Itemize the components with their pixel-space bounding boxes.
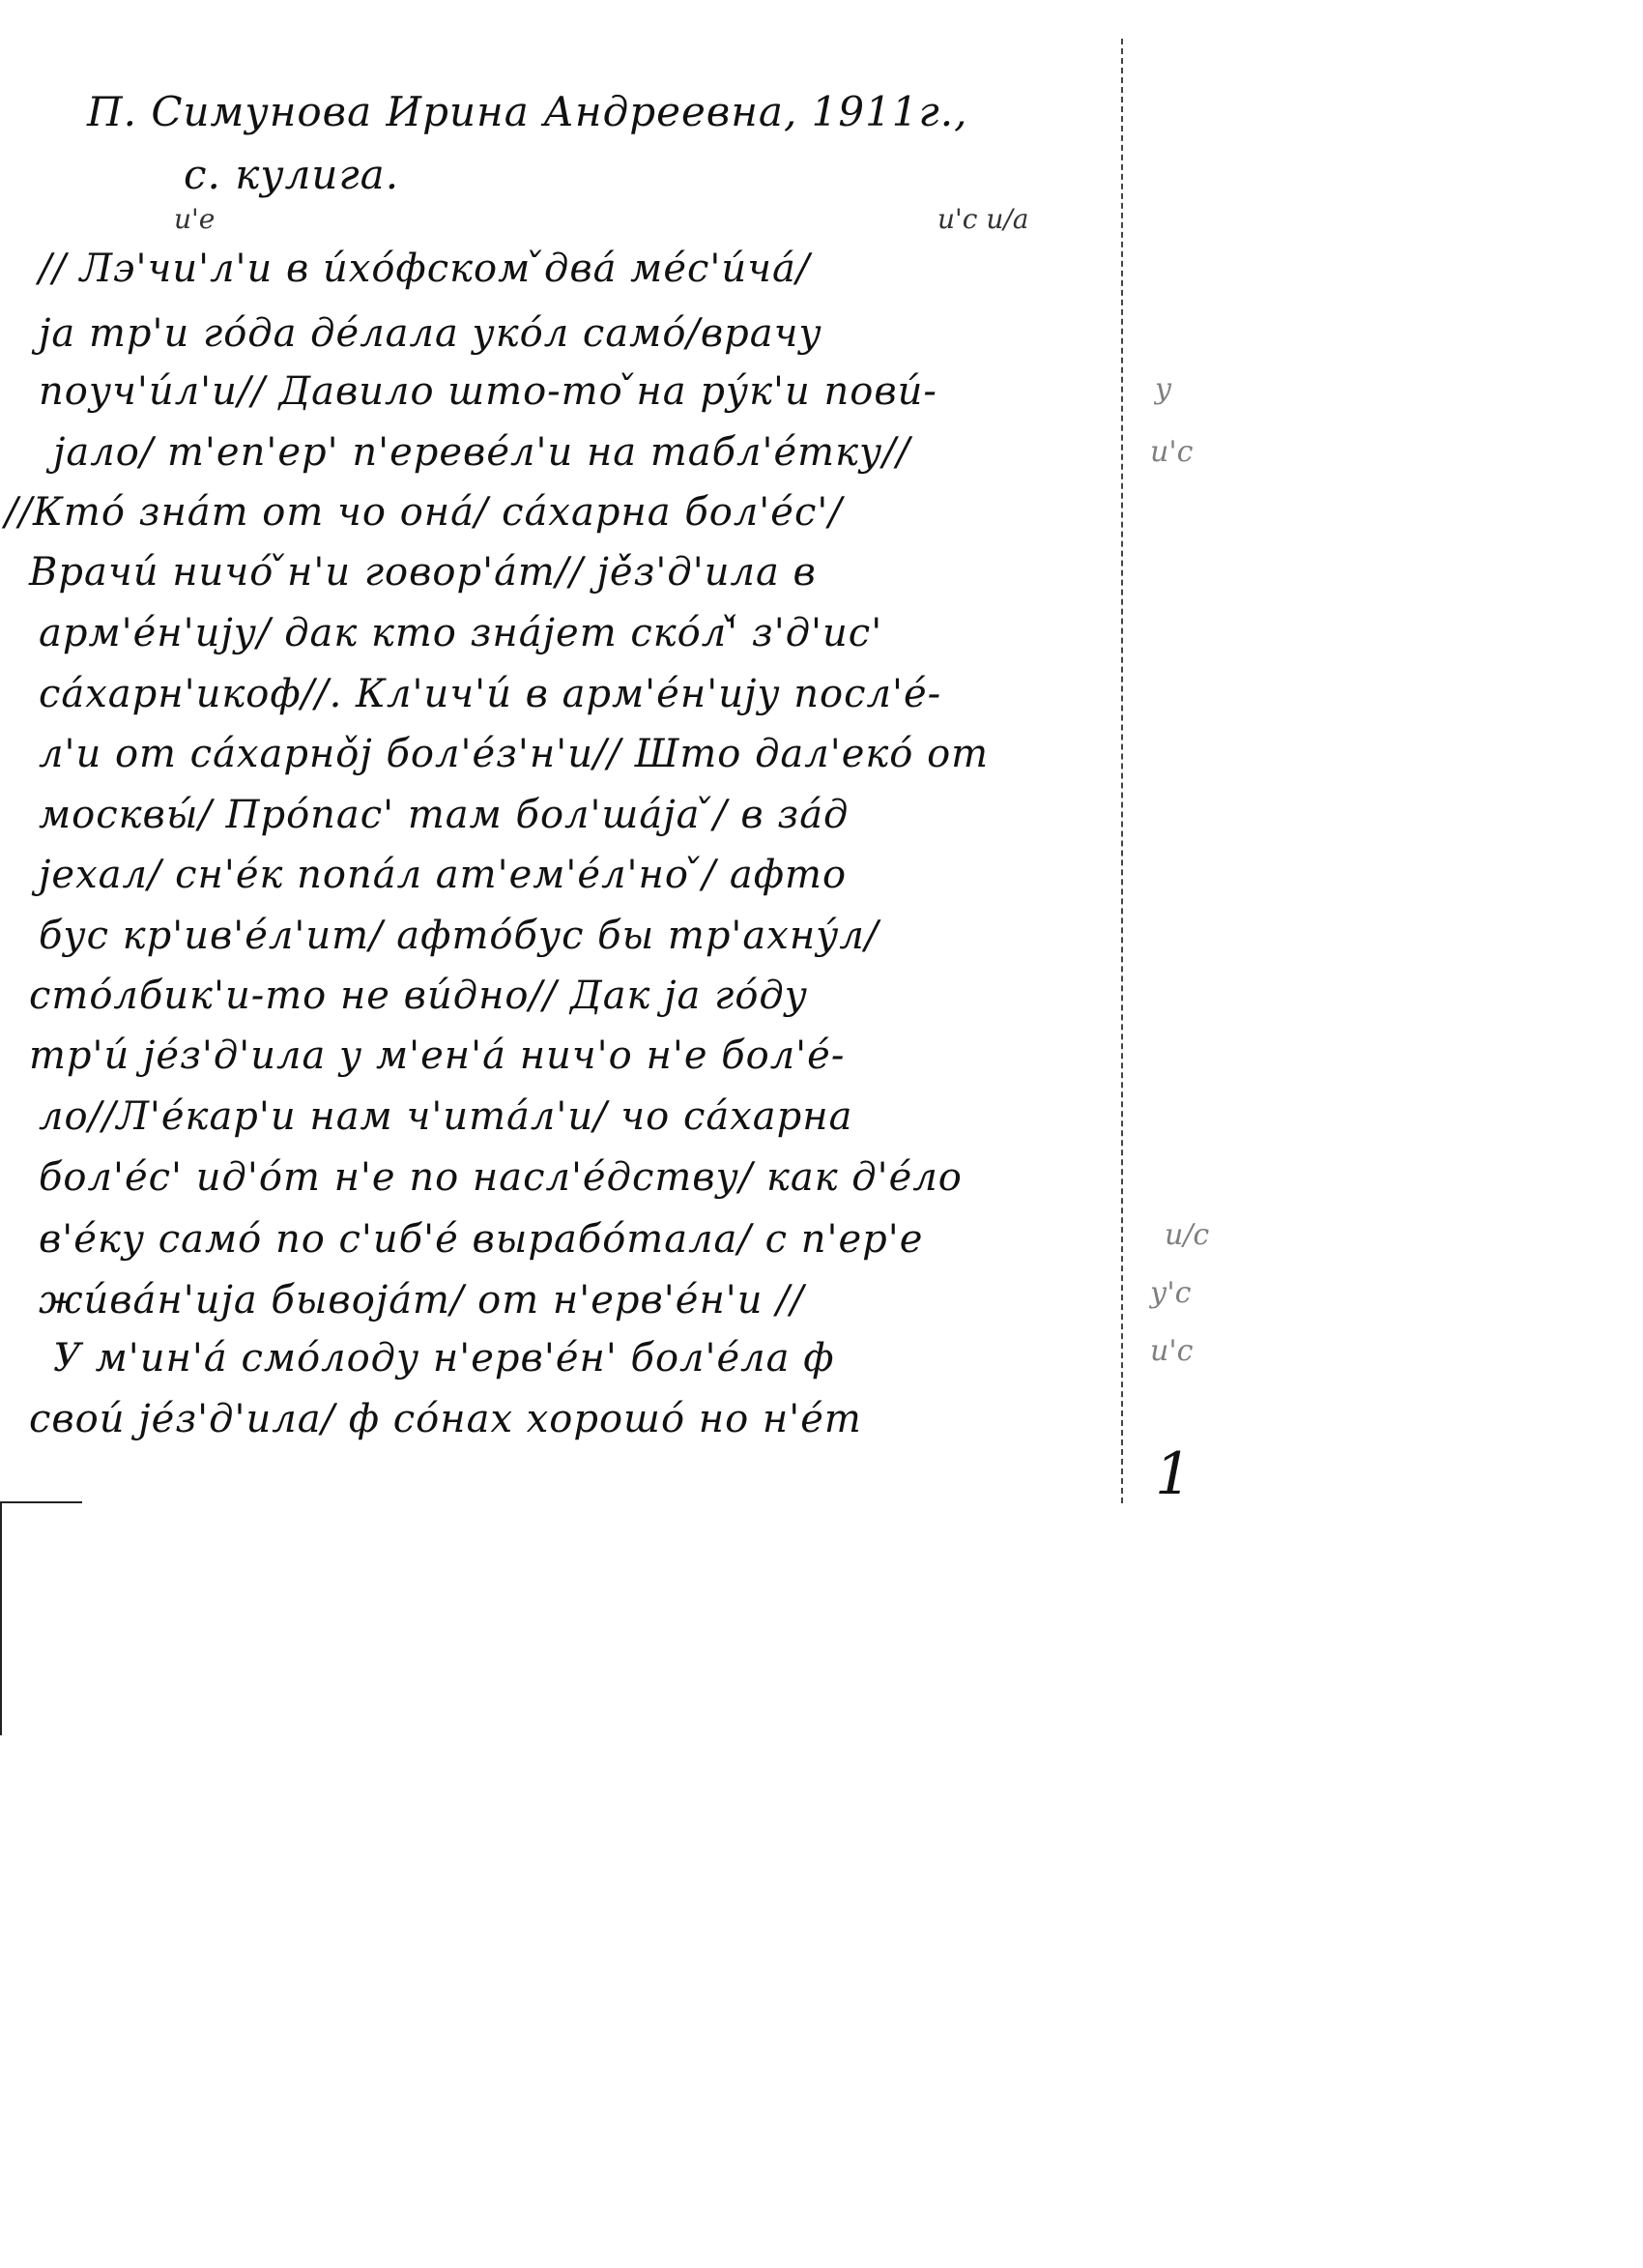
text-line: бус кр'ив'е́л'ит/ афто́бус бы тр'ахну́л/	[39, 916, 879, 955]
annotation-right: и'с и/а	[937, 203, 1028, 235]
margin-annotation: и'с	[1150, 435, 1193, 469]
margin-annotation: и/с	[1165, 1218, 1209, 1252]
text-line: тр'и́ је́з'д'ила у м'ен'а́ нич'о н'е бол…	[29, 1036, 845, 1075]
text-line: јехал/ сн'е́к попа́л ат'ем'е́л'но ̌/ афт…	[39, 856, 847, 894]
text-line: ло//Л'е́кар'и нам ч'ита́л'и/ чо са́харна	[39, 1097, 852, 1136]
text-line: са́харн'икоф//. Кл'ич'и́ в арм'е́н'ију п…	[39, 675, 941, 713]
text-line: свои́ је́з'д'ила/ ф со́нах хорошо́ но н'…	[29, 1400, 862, 1439]
corner-mark-vertical	[0, 1503, 2, 1735]
corner-mark-horizontal	[0, 1501, 82, 1503]
margin-annotation: и'с	[1150, 1334, 1193, 1368]
text-line: // Лэ'чи'л'и в и́хо́фском ̌два́ ме́с'и́ч…	[39, 249, 810, 288]
text-line: јало/ т'еп'ер' п'ереве́л'и на табл'е́тку…	[53, 433, 910, 472]
text-line: в'е́ку само́ по с'иб'е́ вырабо́тала/ с п…	[39, 1220, 923, 1259]
text-line: жи́ва́н'ија бывоја́т/ от н'ерв'е́н'и //	[39, 1281, 804, 1320]
margin-annotation: у	[1155, 372, 1171, 406]
page-number: 1	[1155, 1440, 1192, 1508]
text-line: москвы́/ Про́пас' там бол'ша́ја ̌/ в за́…	[39, 796, 849, 834]
scanned-page: П. Симунова Ирина Андреевна, 1911г., с. …	[0, 0, 1643, 2268]
text-line: Врачи́ ничо́ ̌н'и говор'а́т// јé̌з'д'ила…	[29, 553, 817, 592]
text-line: л'и от са́харно̌ј бол'е́з'н'и// Што дал'…	[39, 735, 989, 773]
margin-annotation: у'с	[1150, 1276, 1191, 1310]
text-line: бол'е́с' ид'о́т н'е по насл'е́дству/ как…	[39, 1158, 963, 1197]
informant-header: П. Симунова Ирина Андреевна, 1911г.,	[87, 92, 967, 132]
text-line: сто́лбик'и-то не ви́дно// Дак ја го́ду	[29, 976, 808, 1015]
text-line: поуч'и́л'и// Давило што-то ̌на ру́к'и по…	[39, 372, 937, 411]
text-line: У м'ин'а́ смо́лоду н'ерв'е́н' бол'е́ла ф	[53, 1339, 835, 1378]
margin-line	[1121, 39, 1123, 1503]
village-name: с. кулига.	[184, 155, 399, 195]
text-line: ја тр'и го́да де́лала уко́л само́/врачу	[39, 314, 822, 353]
text-line: //Кто́ зна́т от чо она́/ са́харна бол'е́…	[5, 493, 843, 532]
text-line: арм'е́н'ију/ дак кто зна́јет ско́л'̌ з'д…	[39, 614, 882, 653]
annotation-left: и'е	[174, 203, 215, 235]
